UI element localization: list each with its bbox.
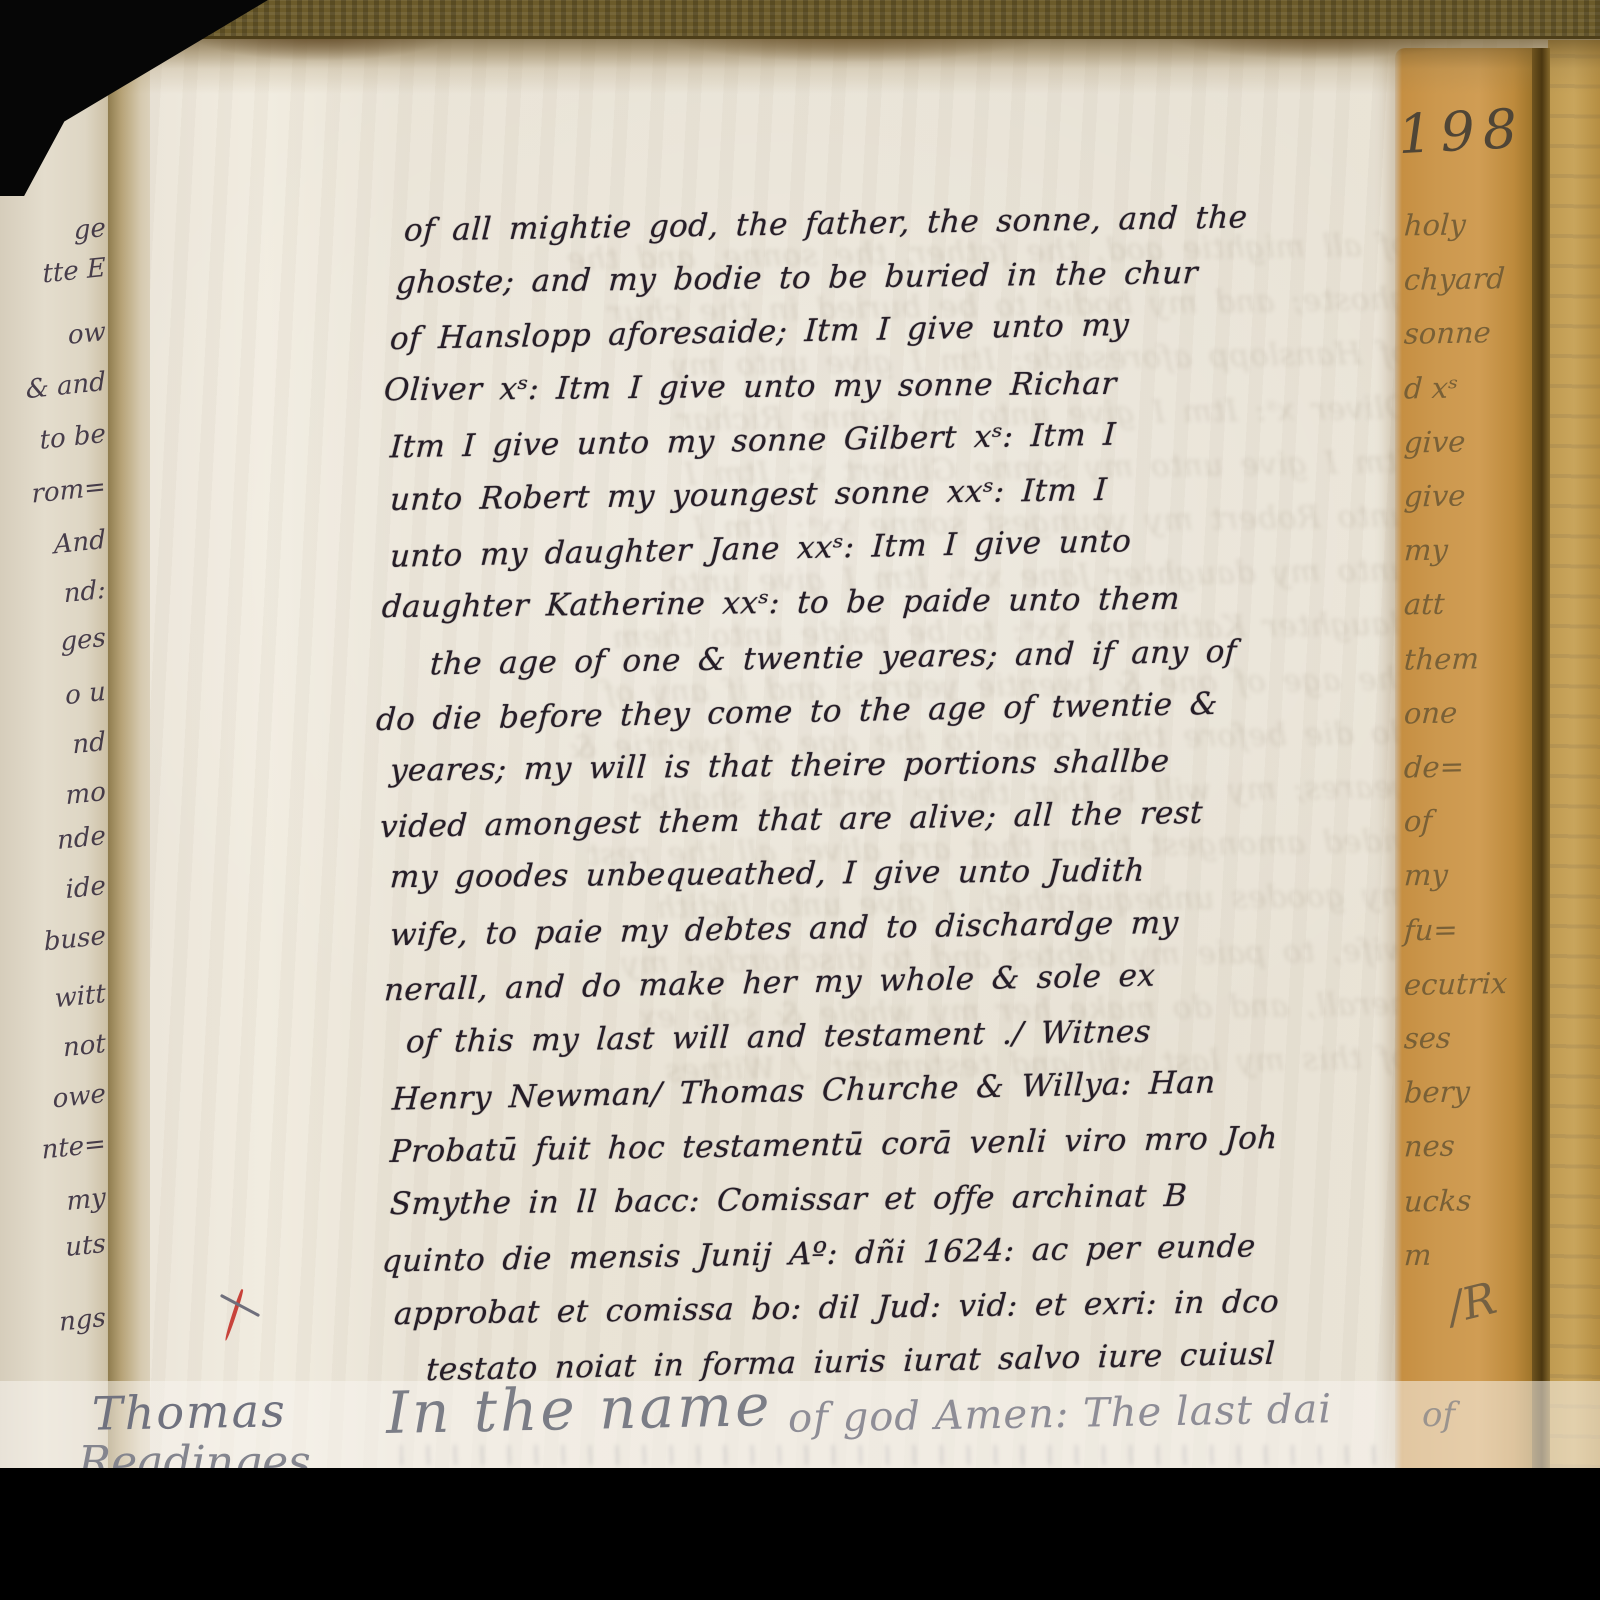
manuscript-line-tail: one: [1403, 695, 1458, 730]
manuscript-line-tail: att: [1403, 587, 1445, 622]
manuscript-line: wife, to paie my debtes and to dischardg…: [390, 911, 1600, 965]
manuscript-line: the age of one & twentie yeares; and if …: [390, 640, 1600, 694]
manuscript-line-text: do die before they come to the age of tw…: [375, 686, 1218, 738]
manuscript-line-tail: ecutrix: [1403, 966, 1508, 1002]
will-opening-tail: of: [1422, 1395, 1455, 1435]
will-opening-rest: of god Amen: The last dai: [788, 1386, 1333, 1441]
margin-fragment: rom=: [0, 471, 114, 513]
manuscript-line: approbat et comissa bo: dil Jud: vid: et…: [390, 1290, 1600, 1344]
margin-fragment: nde: [0, 820, 114, 862]
margin-fragment: my: [0, 1182, 114, 1224]
page-number: 198: [1396, 97, 1526, 167]
manuscript-line-tail: bery: [1403, 1075, 1471, 1110]
manuscript-line: of this my last will and testament ./ Wi…: [390, 1019, 1600, 1073]
manuscript-line-tail: my: [1403, 858, 1449, 893]
manuscript-line: vided amongest them that are alive; all …: [390, 802, 1600, 856]
manuscript-line-tail: of: [1403, 804, 1433, 839]
manuscript-line-text: quinto die mensis Junij Aº: dñi 1624: ac…: [381, 1228, 1256, 1279]
manuscript-line: of all mightie god, the father, the sonn…: [390, 206, 1600, 260]
manuscript-line-text: ghoste; and my bodie to be buried in the…: [395, 255, 1199, 301]
margin-fragment: And: [0, 524, 114, 566]
manuscript-line-tail: chyard: [1403, 261, 1506, 297]
red-cross-mark: [214, 1288, 274, 1348]
margin-fragment: ow: [0, 316, 114, 358]
margin-fragment: mo: [0, 776, 114, 818]
manuscript-line-text: vided amongest them that are alive; all …: [379, 795, 1204, 845]
manuscript-lines: of all mightie god, the father, the sonn…: [390, 206, 1600, 1406]
manuscript-line-tail: sonne: [1403, 316, 1492, 352]
manuscript-line-text: nerall, and do make her my whole & sole …: [383, 957, 1156, 1008]
manuscript-line-text: Henry Newman/ Thomas Churche & Willya: H…: [391, 1065, 1216, 1118]
manuscript-line-tail: fu=: [1403, 912, 1458, 947]
manuscript-line-tail: ucks: [1403, 1183, 1472, 1218]
margin-fragment: witt: [0, 978, 114, 1020]
margin-fragment: to be: [0, 418, 114, 460]
manuscript-line-tail: m: [1403, 1238, 1432, 1273]
bottom-black-bar: [0, 1468, 1600, 1600]
manuscript-line: unto Robert my youngest sonne xxˢ: Itm I…: [390, 477, 1600, 531]
manuscript-line-tail: give: [1403, 424, 1466, 459]
manuscript-line: daughter Katherine xxˢ: to be paide unto…: [390, 585, 1600, 639]
manuscript-line-text: approbat et comissa bo: dil Jud: vid: et…: [393, 1284, 1280, 1332]
margin-fragment: ide: [0, 870, 114, 912]
margin-fragment: nd:: [0, 574, 114, 616]
manuscript-line: my goodes unbequeathed, I give unto Judi…: [390, 856, 1600, 910]
manuscript-line: yeares; my will is that theire portions …: [390, 748, 1600, 802]
margin-fragment: & and: [0, 366, 114, 408]
faded-second-line: [400, 1445, 1380, 1465]
margin-fragment: uts: [0, 1228, 114, 1270]
manuscript-line-text: Smythe in ll bacc: Comissar et offe arch…: [389, 1177, 1188, 1221]
will-opening-large: In the name: [385, 1371, 773, 1447]
margin-fragment: ngs: [0, 1302, 114, 1344]
manuscript-line-text: unto Robert my youngest sonne xxˢ: Itm I: [389, 472, 1108, 518]
manuscript-line: Itm I give unto my sonne Gilbert xˢ: Itm…: [390, 423, 1600, 477]
margin-fragment: ge: [0, 212, 114, 254]
margin-fragment: buse: [0, 920, 114, 962]
manuscript-line-text: of Hanslopp aforesaide; Itm I give unto …: [389, 307, 1130, 357]
manuscript-line: Henry Newman/ Thomas Churche & Willya: H…: [390, 1073, 1600, 1127]
manuscript-line: quinto die mensis Junij Aº: dñi 1624: ac…: [390, 1236, 1600, 1290]
manuscript-line: nerall, and do make her my whole & sole …: [390, 965, 1600, 1019]
manuscript-line: Probatū fuit hoc testamentū corā venli v…: [390, 1127, 1600, 1181]
margin-fragment: nd: [0, 726, 114, 768]
previous-page-edge: gette Eow& andto berom=Andnd:geso undmon…: [0, 26, 118, 1468]
manuscript-line-tail: them: [1403, 641, 1480, 676]
margin-fragment: ges: [0, 622, 114, 664]
manuscript-line-tail: nes: [1403, 1129, 1456, 1164]
manuscript-line-tail: de=: [1403, 749, 1465, 784]
manuscript-line: do die before they come to the age of tw…: [390, 694, 1600, 748]
margin-fragment: nte=: [0, 1128, 114, 1170]
manuscript-line-tail: give: [1403, 478, 1466, 513]
manuscript-line-text: yeares; my will is that theire portions …: [389, 743, 1170, 789]
manuscript-line: Smythe in ll bacc: Comissar et offe arch…: [390, 1182, 1600, 1236]
manuscript-line-text: of this my last will and testament ./ Wi…: [405, 1014, 1152, 1060]
testator-margin-name: Thomas: [92, 1383, 288, 1440]
margin-fragment: tte E: [0, 252, 114, 294]
manuscript-line-tail: holy: [1403, 207, 1467, 242]
manuscript-line-text: wife, to paie my debtes and to dischardg…: [389, 904, 1179, 952]
manuscript-line-text: my goodes unbequeathed, I give unto Judi…: [389, 853, 1146, 896]
margin-fragment: owe: [0, 1078, 114, 1120]
manuscript-line: Oliver xˢ: Itm I give unto my sonne Rich…: [390, 369, 1600, 423]
manuscript-line-text: Itm I give unto my sonne Gilbert xˢ: Itm…: [389, 416, 1117, 465]
manuscript-line: of Hanslopp aforesaide; Itm I give unto …: [390, 314, 1600, 368]
margin-fragment: o u: [0, 676, 114, 718]
manuscript-line-text: Probatū fuit hoc testamentū corā venli v…: [389, 1120, 1279, 1170]
margin-fragment: not: [0, 1028, 114, 1070]
manuscript-line-text: daughter Katherine xxˢ: to be paide unto…: [381, 581, 1181, 625]
manuscript-line-text: of all mightie god, the father, the sonn…: [403, 199, 1248, 248]
manuscript-line-tail: my: [1403, 533, 1449, 568]
manuscript-line-tail: ses: [1403, 1021, 1452, 1056]
manuscript-line-text: Oliver xˢ: Itm I give unto my sonne Rich…: [383, 365, 1118, 407]
manuscript-line: ghoste; and my bodie to be buried in the…: [390, 260, 1600, 314]
manuscript-line-text: the age of one & twentie yeares; and if …: [429, 633, 1238, 682]
manuscript-line: unto my daughter Jane xxˢ: Itm I give un…: [390, 531, 1600, 585]
manuscript-line-tail: d xˢ: [1403, 370, 1459, 405]
manuscript-line-text: unto my daughter Jane xxˢ: Itm I give un…: [389, 523, 1132, 575]
footer-overlay-band: Thomas Readinges In the name of god Amen…: [0, 1381, 1600, 1468]
